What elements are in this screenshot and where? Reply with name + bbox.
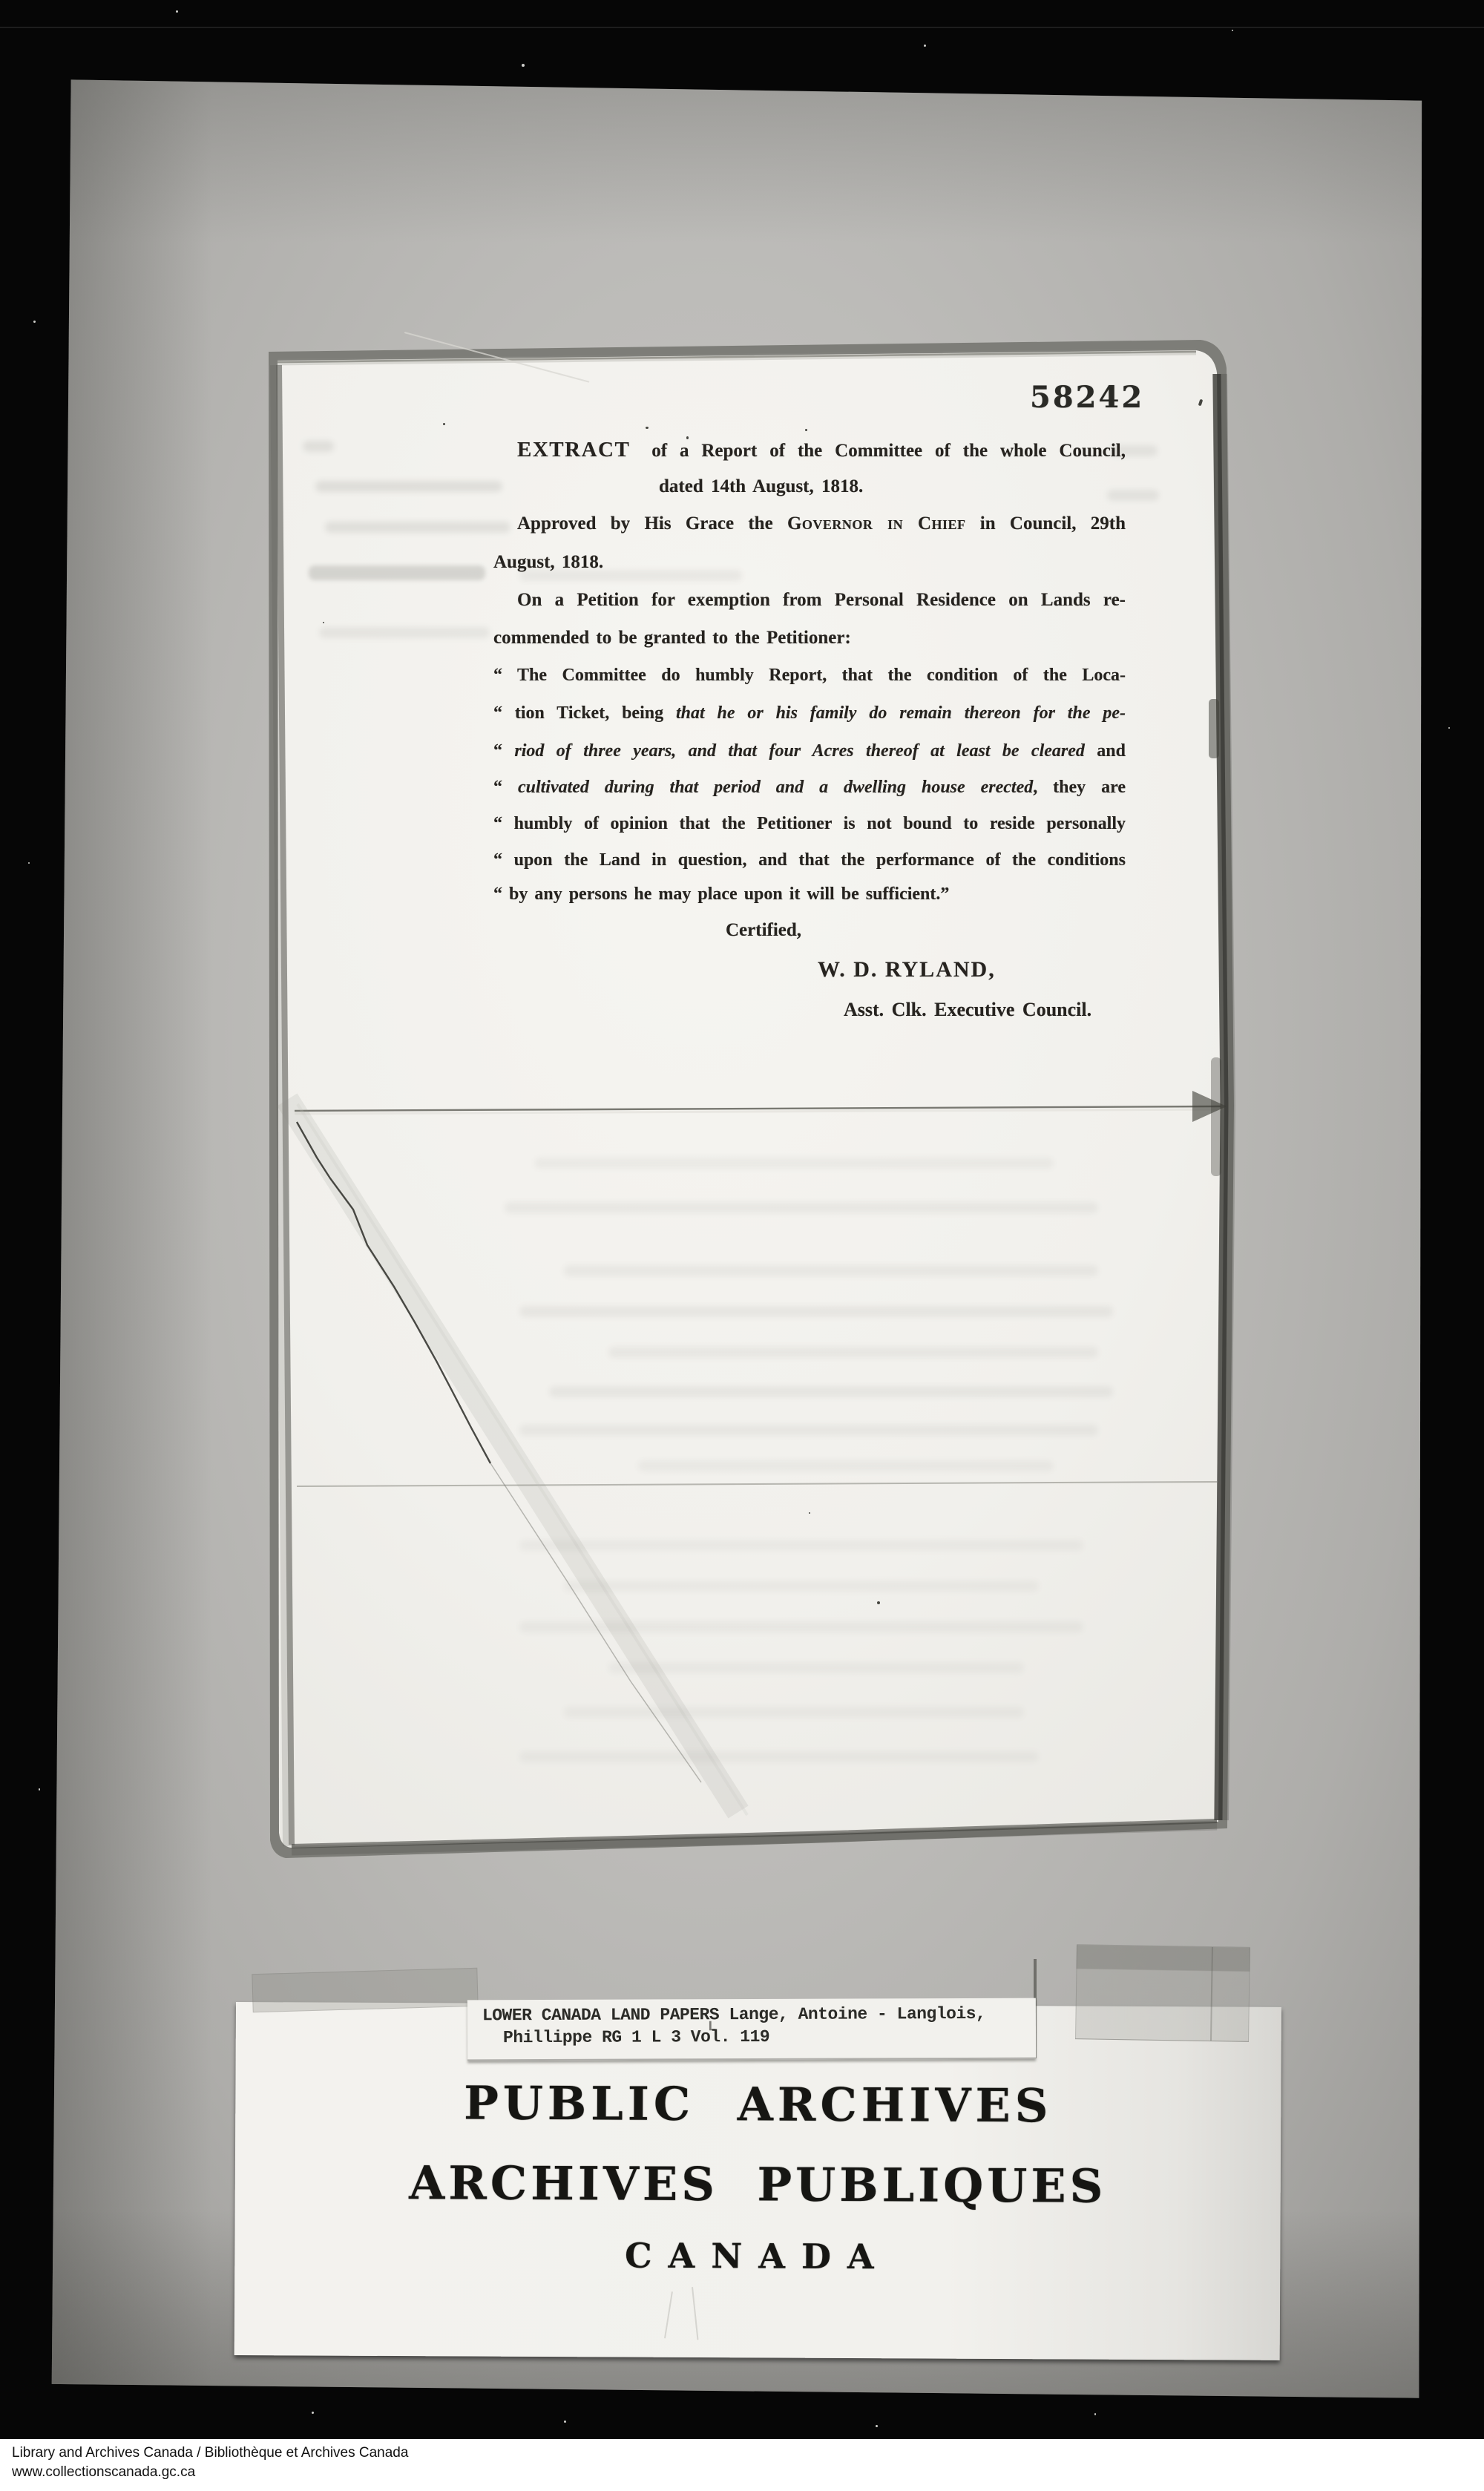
doc-quote-line-7: “ by any persons he may place upon it wi… bbox=[493, 885, 949, 905]
bleedthrough-mark bbox=[1107, 490, 1159, 501]
doc-quote-3-italic: riod of three years, and that four Acres… bbox=[514, 741, 1085, 761]
doc-approved-smallcaps: Governor in Chief bbox=[787, 513, 966, 534]
bleedthrough-mark bbox=[505, 1202, 1098, 1213]
stamp-number: 58242 bbox=[1030, 380, 1144, 415]
doc-quote-line-2: “ tion Ticket, being that he or his fami… bbox=[493, 703, 1126, 724]
edge-tear-mark-1 bbox=[1209, 699, 1219, 758]
bleedthrough-mark bbox=[519, 1306, 1113, 1317]
film-speck bbox=[33, 321, 36, 323]
doc-quote-4-post: , they are bbox=[1033, 778, 1126, 797]
bleedthrough-mark bbox=[608, 1662, 1024, 1673]
doc-heading-rest: of a Report of the Committee of the whol… bbox=[651, 441, 1126, 461]
bleedthrough-mark bbox=[309, 565, 485, 580]
film-speck bbox=[443, 423, 445, 425]
card-title-french: ARCHIVES PUBLIQUES bbox=[235, 2155, 1281, 2214]
film-speck bbox=[1448, 727, 1450, 729]
footer-url: www.collectionscanada.gc.ca bbox=[12, 2464, 195, 2481]
label-stray-mark: L bbox=[708, 2018, 716, 2035]
photo-vignette-left bbox=[49, 73, 212, 2403]
film-edge-line bbox=[0, 27, 1484, 28]
footer-bar: Library and Archives Canada / Bibliothèq… bbox=[0, 2439, 1484, 2491]
doc-certified: Certified, bbox=[726, 920, 801, 942]
card-title-english: PUBLIC ARCHIVES bbox=[235, 2075, 1281, 2134]
photo-vignette-top bbox=[49, 73, 1423, 243]
film-speck bbox=[323, 622, 324, 623]
film-speck bbox=[522, 64, 525, 67]
doc-signature-name: W. D. RYLAND, bbox=[818, 957, 996, 983]
doc-quote-2-pre: “ tion Ticket, being bbox=[493, 703, 676, 723]
film-speck bbox=[1232, 30, 1233, 31]
doc-heading-dateline: dated 14th August, 1818. bbox=[659, 476, 863, 498]
doc-quote-4-italic: cultivated during that period and a dwel… bbox=[518, 778, 1033, 797]
tape-strip-left bbox=[252, 1968, 478, 2012]
tape-crease bbox=[1210, 1947, 1213, 2041]
bleedthrough-mark bbox=[549, 1386, 1113, 1397]
tape-strip-right bbox=[1075, 1944, 1250, 2042]
doc-approved-line: Approved by His Grace the Governor in Ch… bbox=[517, 513, 1126, 535]
film-speck bbox=[28, 862, 30, 864]
film-speck bbox=[924, 45, 926, 47]
doc-approved-carry: August, 1818. bbox=[493, 552, 603, 574]
bleedthrough-mark bbox=[315, 481, 502, 492]
film-speck bbox=[1094, 2413, 1096, 2415]
microfilm-frame: 58242 EXTRACT of a Report of the Committ… bbox=[0, 0, 1484, 2491]
doc-quote-2-italic: that he or his family do remain thereon … bbox=[676, 703, 1126, 723]
doc-approved-pre: Approved by His Grace the bbox=[517, 513, 787, 534]
document-sheet bbox=[256, 334, 1235, 1862]
bleedthrough-mark bbox=[534, 1158, 1054, 1169]
doc-approved-post: in Council, 29th bbox=[966, 513, 1126, 534]
film-speck bbox=[805, 429, 807, 431]
doc-quote-line-5: “ humbly of opinion that the Petitioner … bbox=[493, 814, 1126, 835]
doc-quote-4-pre: “ bbox=[493, 778, 518, 797]
film-speck bbox=[312, 2412, 314, 2414]
film-speck bbox=[809, 1512, 810, 1514]
doc-quote-line-6: “ upon the Land in question, and that th… bbox=[493, 850, 1126, 871]
doc-heading-lead: EXTRACT bbox=[517, 438, 630, 462]
film-speck bbox=[876, 2425, 878, 2427]
doc-quote-line-4: “ cultivated during that period and a dw… bbox=[493, 778, 1126, 798]
film-speck bbox=[564, 2421, 566, 2423]
doc-quote-3-post: and bbox=[1085, 741, 1126, 761]
doc-petition-line-2: commended to be granted to the Petitione… bbox=[493, 628, 851, 649]
film-speck bbox=[39, 1788, 40, 1791]
bleedthrough-mark bbox=[519, 1425, 1098, 1436]
edge-tear-mark-2 bbox=[1211, 1057, 1221, 1176]
doc-signature-role: Asst. Clk. Executive Council. bbox=[844, 999, 1091, 1021]
doc-petition-line-1: On a Petition for exemption from Persona… bbox=[517, 590, 1126, 611]
doc-quote-line-1: “ The Committee do humbly Report, that t… bbox=[493, 666, 1126, 686]
bleedthrough-mark bbox=[608, 1347, 1098, 1358]
bleedthrough-mark bbox=[519, 1751, 1039, 1762]
bleedthrough-mark bbox=[638, 1460, 1054, 1471]
card-title-country: CANADA bbox=[234, 2234, 1280, 2279]
archival-label: LOWER CANADA LAND PAPERS Lange, Antoine … bbox=[467, 1998, 1036, 2061]
film-speck bbox=[877, 1601, 880, 1604]
label-line-1: LOWER CANADA LAND PAPERS Lange, Antoine … bbox=[482, 2004, 986, 2025]
bleedthrough-mark bbox=[325, 522, 510, 533]
bleedthrough-mark bbox=[303, 441, 334, 452]
bleedthrough-mark bbox=[519, 1540, 1083, 1551]
film-speck bbox=[176, 10, 178, 13]
bleedthrough-mark bbox=[564, 1265, 1098, 1276]
bleedthrough-mark bbox=[519, 1621, 1083, 1632]
footer-attribution: Library and Archives Canada / Bibliothèq… bbox=[12, 2445, 408, 2461]
bleedthrough-mark bbox=[564, 1707, 1024, 1718]
doc-quote-3-pre: “ bbox=[493, 741, 514, 761]
film-speck bbox=[646, 427, 649, 429]
bleedthrough-mark bbox=[319, 627, 490, 638]
doc-heading-line-1: EXTRACT of a Report of the Committee of … bbox=[517, 438, 1126, 462]
doc-quote-line-3: “ riod of three years, and that four Acr… bbox=[493, 741, 1126, 762]
label-line-2: Phillippe RG 1 L 3 Vol. 119 bbox=[503, 2027, 769, 2047]
bleedthrough-mark bbox=[564, 1581, 1039, 1592]
